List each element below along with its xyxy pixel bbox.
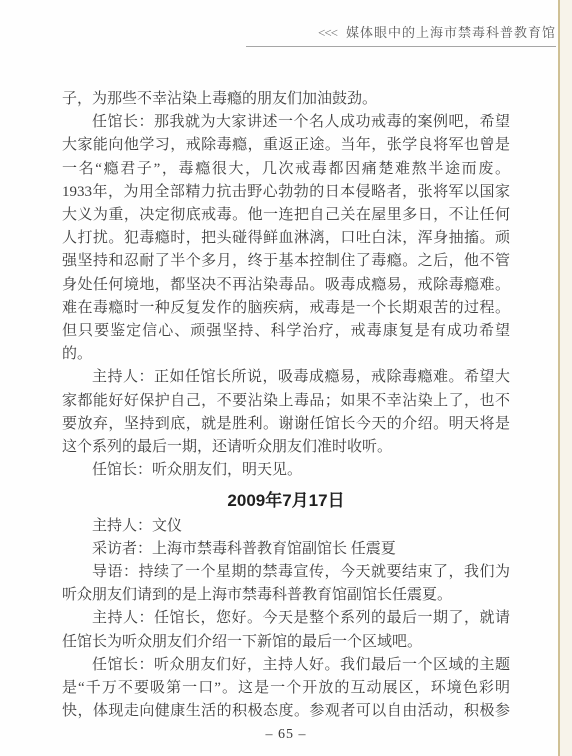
text-line: 大家能向他学习，戒除毒瘾，重返正途。当年，张学良将军也曾是 [62,134,510,157]
chevrons-icon: <<< [318,25,337,40]
text-line: 的。 [62,343,510,366]
date-heading: 2009年7月17日 [62,489,510,512]
running-head-title: 媒体眼中的上海市禁毒科普教育馆 [346,25,556,40]
text-line: 大义为重，决定彻底戒毒。他一连把自己关在屋里多日，不让任何 [62,204,510,227]
text-line: 听众朋友们请到的是上海市禁毒科普教育馆副馆长任震夏。 [62,584,510,607]
text-line: 人打扰。犯毒瘾时，把头碰得鲜血淋漓，口吐白沫，浑身抽搐。顽 [62,227,510,250]
text-line: 快，体现走向健康生活的积极态度。参观者可以自由活动，积极参 [62,700,510,723]
text-line: 任馆长为听众朋友们介绍一下新馆的最后一个区域吧。 [62,631,510,654]
text-line: 任馆长：那我就为大家讲述一个名人成功戒毒的案例吧，希望 [62,111,510,134]
page-body: 子，为那些不幸沾染上毒瘾的朋友们加油鼓劲。 任馆长：那我就为大家讲述一个名人成功… [62,88,510,723]
text-line: 身处任何境地，都坚决不再沾染毒品。吸毒成瘾易，戒除毒瘾难。 [62,274,510,297]
running-head: <<<媒体眼中的上海市禁毒科普教育馆 [246,22,556,47]
text-line: 难在毒瘾时一种反复发作的脑疾病，戒毒是一个长期艰苦的过程。 [62,297,510,320]
text-line: 是“千万不要吸第一口”。这是一个开放的互动展区，环境色彩明 [62,677,510,700]
text-line: 主持人：任馆长，您好。今天是整个系列的最后一期了，就请 [62,607,510,630]
text-line: 强坚持和忍耐了半个多月，终于基本控制住了毒瘾。之后，他不管 [62,250,510,273]
text-line: 这个系列的最后一期，还请听众朋友们准时收听。 [62,436,510,459]
document-page: <<<媒体眼中的上海市禁毒科普教育馆 子，为那些不幸沾染上毒瘾的朋友们加油鼓劲。… [0,0,572,756]
text-line: 导语：持续了一个星期的禁毒宣传，今天就要结束了，我们为 [62,561,510,584]
text-line: 子，为那些不幸沾染上毒瘾的朋友们加油鼓劲。 [62,88,510,111]
page-edge-background [560,0,572,756]
text-line: 要放弃，坚持到底，就是胜利。谢谢任馆长今天的介绍。明天将是 [62,413,510,436]
text-line: 任馆长：听众朋友们好，主持人好。我们最后一个区域的主题 [62,654,510,677]
text-line: 任馆长：听众朋友们，明天见。 [62,459,510,482]
text-line: 采访者：上海市禁毒科普教育馆副馆长 任震夏 [62,538,510,561]
page-edge-line [558,0,560,756]
page-number: – 65 – [62,727,510,743]
text-line: 一名“瘾君子”，毒瘾很大，几次戒毒都因痛楚难熬半途而废。 [62,158,510,181]
text-line: 但只要鉴定信心、顽强坚持、科学治疗，戒毒康复是有成功希望 [62,320,510,343]
text-line: 1933年，为用全部精力抗击野心勃勃的日本侵略者，张将军以国家 [62,181,510,204]
text-line: 主持人：正如任馆长所说，吸毒成瘾易，戒除毒瘾难。希望大 [62,366,510,389]
text-line: 主持人：文仪 [62,515,510,538]
text-line: 家都能好好保护自己，不要沾染上毒品；如果不幸沾染上了，也不 [62,390,510,413]
